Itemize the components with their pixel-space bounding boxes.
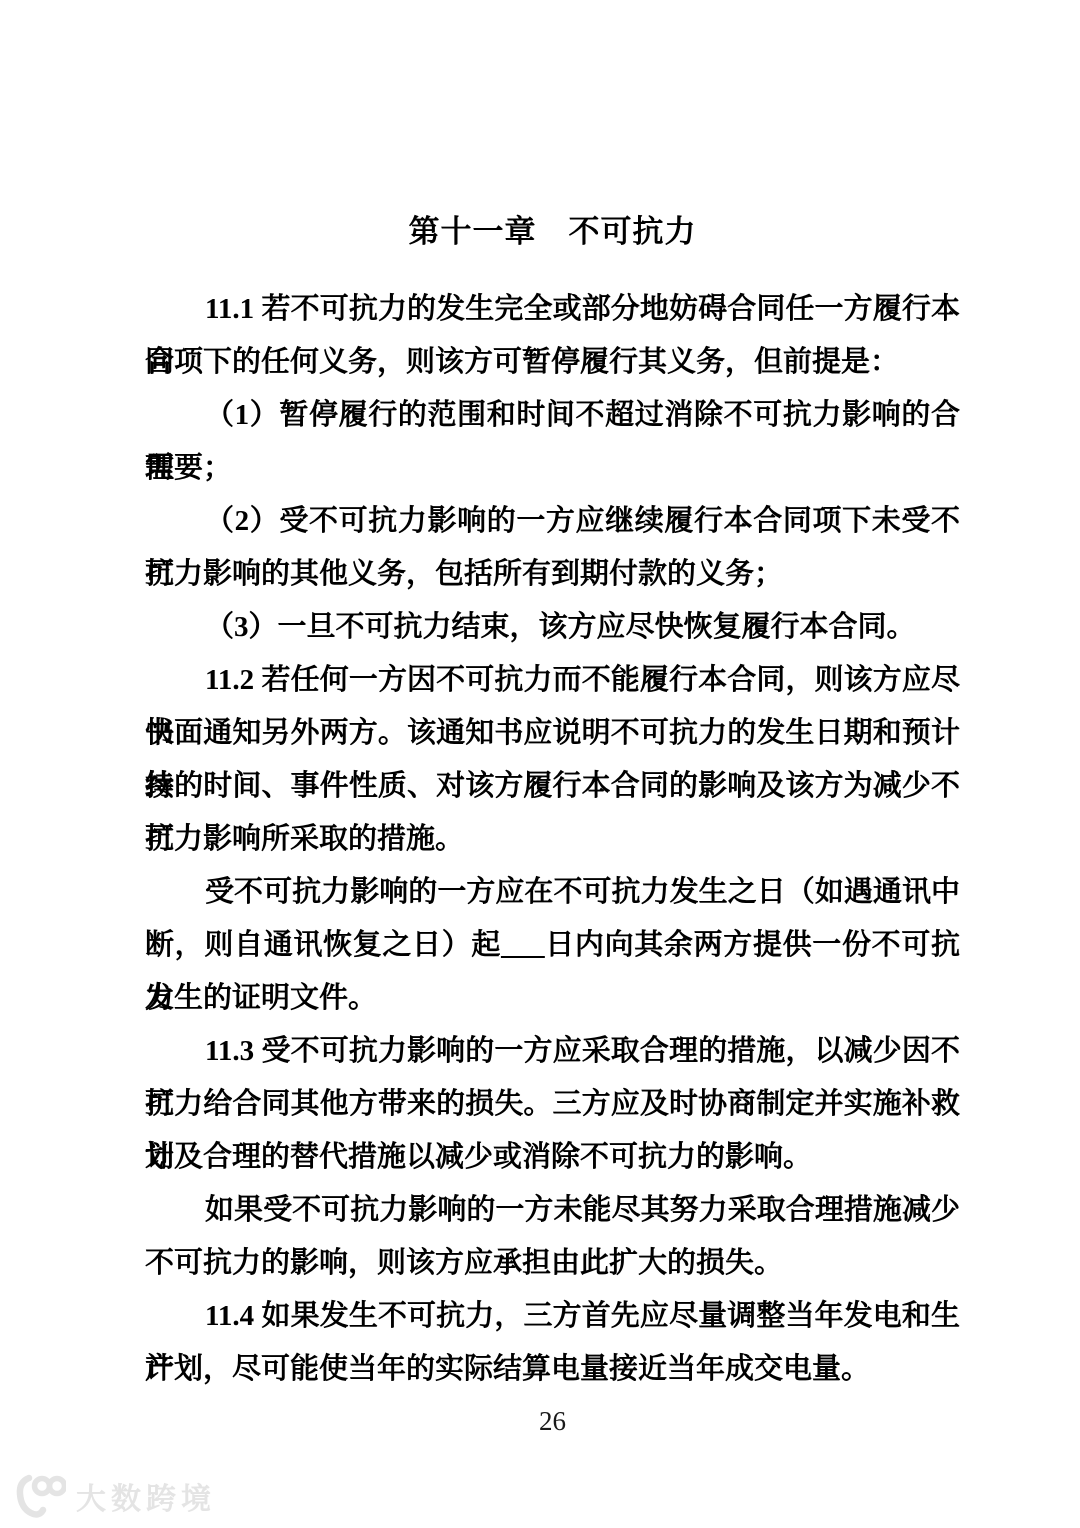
body-line: 计划，尽可能使当年的实际结算电量接近当年成交电量。 [145, 1343, 960, 1396]
body-line: 抗力影响的其他义务，包括所有到期付款的义务； [145, 548, 960, 601]
body-line: 11.2 若任何一方因不可抗力而不能履行本合同，则该方应尽快 [145, 654, 960, 707]
body-line: 11.3 受不可抗力影响的一方应采取合理的措施，以减少因不可 [145, 1025, 960, 1078]
document-body: 11.1 若不可抗力的发生完全或部分地妨碍合同任一方履行本合 同项下的任何义务，… [145, 283, 960, 1396]
body-line: 11.1 若不可抗力的发生完全或部分地妨碍合同任一方履行本合 [145, 283, 960, 336]
body-line: （1）暂停履行的范围和时间不超过消除不可抗力影响的合理 [145, 389, 960, 442]
chapter-title: 第十一章 不可抗力 [145, 206, 960, 251]
body-line: 书面通知另外两方。该通知书应说明不可抗力的发生日期和预计持 [145, 707, 960, 760]
body-line: （2）受不可抗力影响的一方应继续履行本合同项下未受不可 [145, 495, 960, 548]
page-number: 26 [145, 1406, 960, 1437]
body-line: 发生的证明文件。 [145, 972, 960, 1025]
body-line: 断，则自通讯恢复之日）起___日内向其余两方提供一份不可抗力 [145, 919, 960, 972]
body-line: 如果受不可抗力影响的一方未能尽其努力采取合理措施减少 [145, 1184, 960, 1237]
document-page: 第十一章 不可抗力 11.1 若不可抗力的发生完全或部分地妨碍合同任一方履行本合… [0, 0, 1080, 1528]
body-line: 抗力给合同其他方带来的损失。三方应及时协商制定并实施补救计 [145, 1078, 960, 1131]
watermark-text: 大数跨境 [76, 1474, 216, 1518]
body-line: 受不可抗力影响的一方应在不可抗力发生之日（如遇通讯中 [145, 866, 960, 919]
watermark: 大数跨境 [12, 1472, 216, 1520]
body-line: 不可抗力的影响，则该方应承担由此扩大的损失。 [145, 1237, 960, 1290]
rings-100-logo-icon [12, 1473, 66, 1519]
body-line: 续的时间、事件性质、对该方履行本合同的影响及该方为减少不可 [145, 760, 960, 813]
body-line: 需要； [145, 442, 960, 495]
body-line: 同项下的任何义务，则该方可暂停履行其义务，但前提是： [145, 336, 960, 389]
body-line: （3）一旦不可抗力结束，该方应尽快恢复履行本合同。 [145, 601, 960, 654]
body-line: 11.4 如果发生不可抗力，三方首先应尽量调整当年发电和生产 [145, 1290, 960, 1343]
body-line: 划及合理的替代措施以减少或消除不可抗力的影响。 [145, 1131, 960, 1184]
body-line: 抗力影响所采取的措施。 [145, 813, 960, 866]
